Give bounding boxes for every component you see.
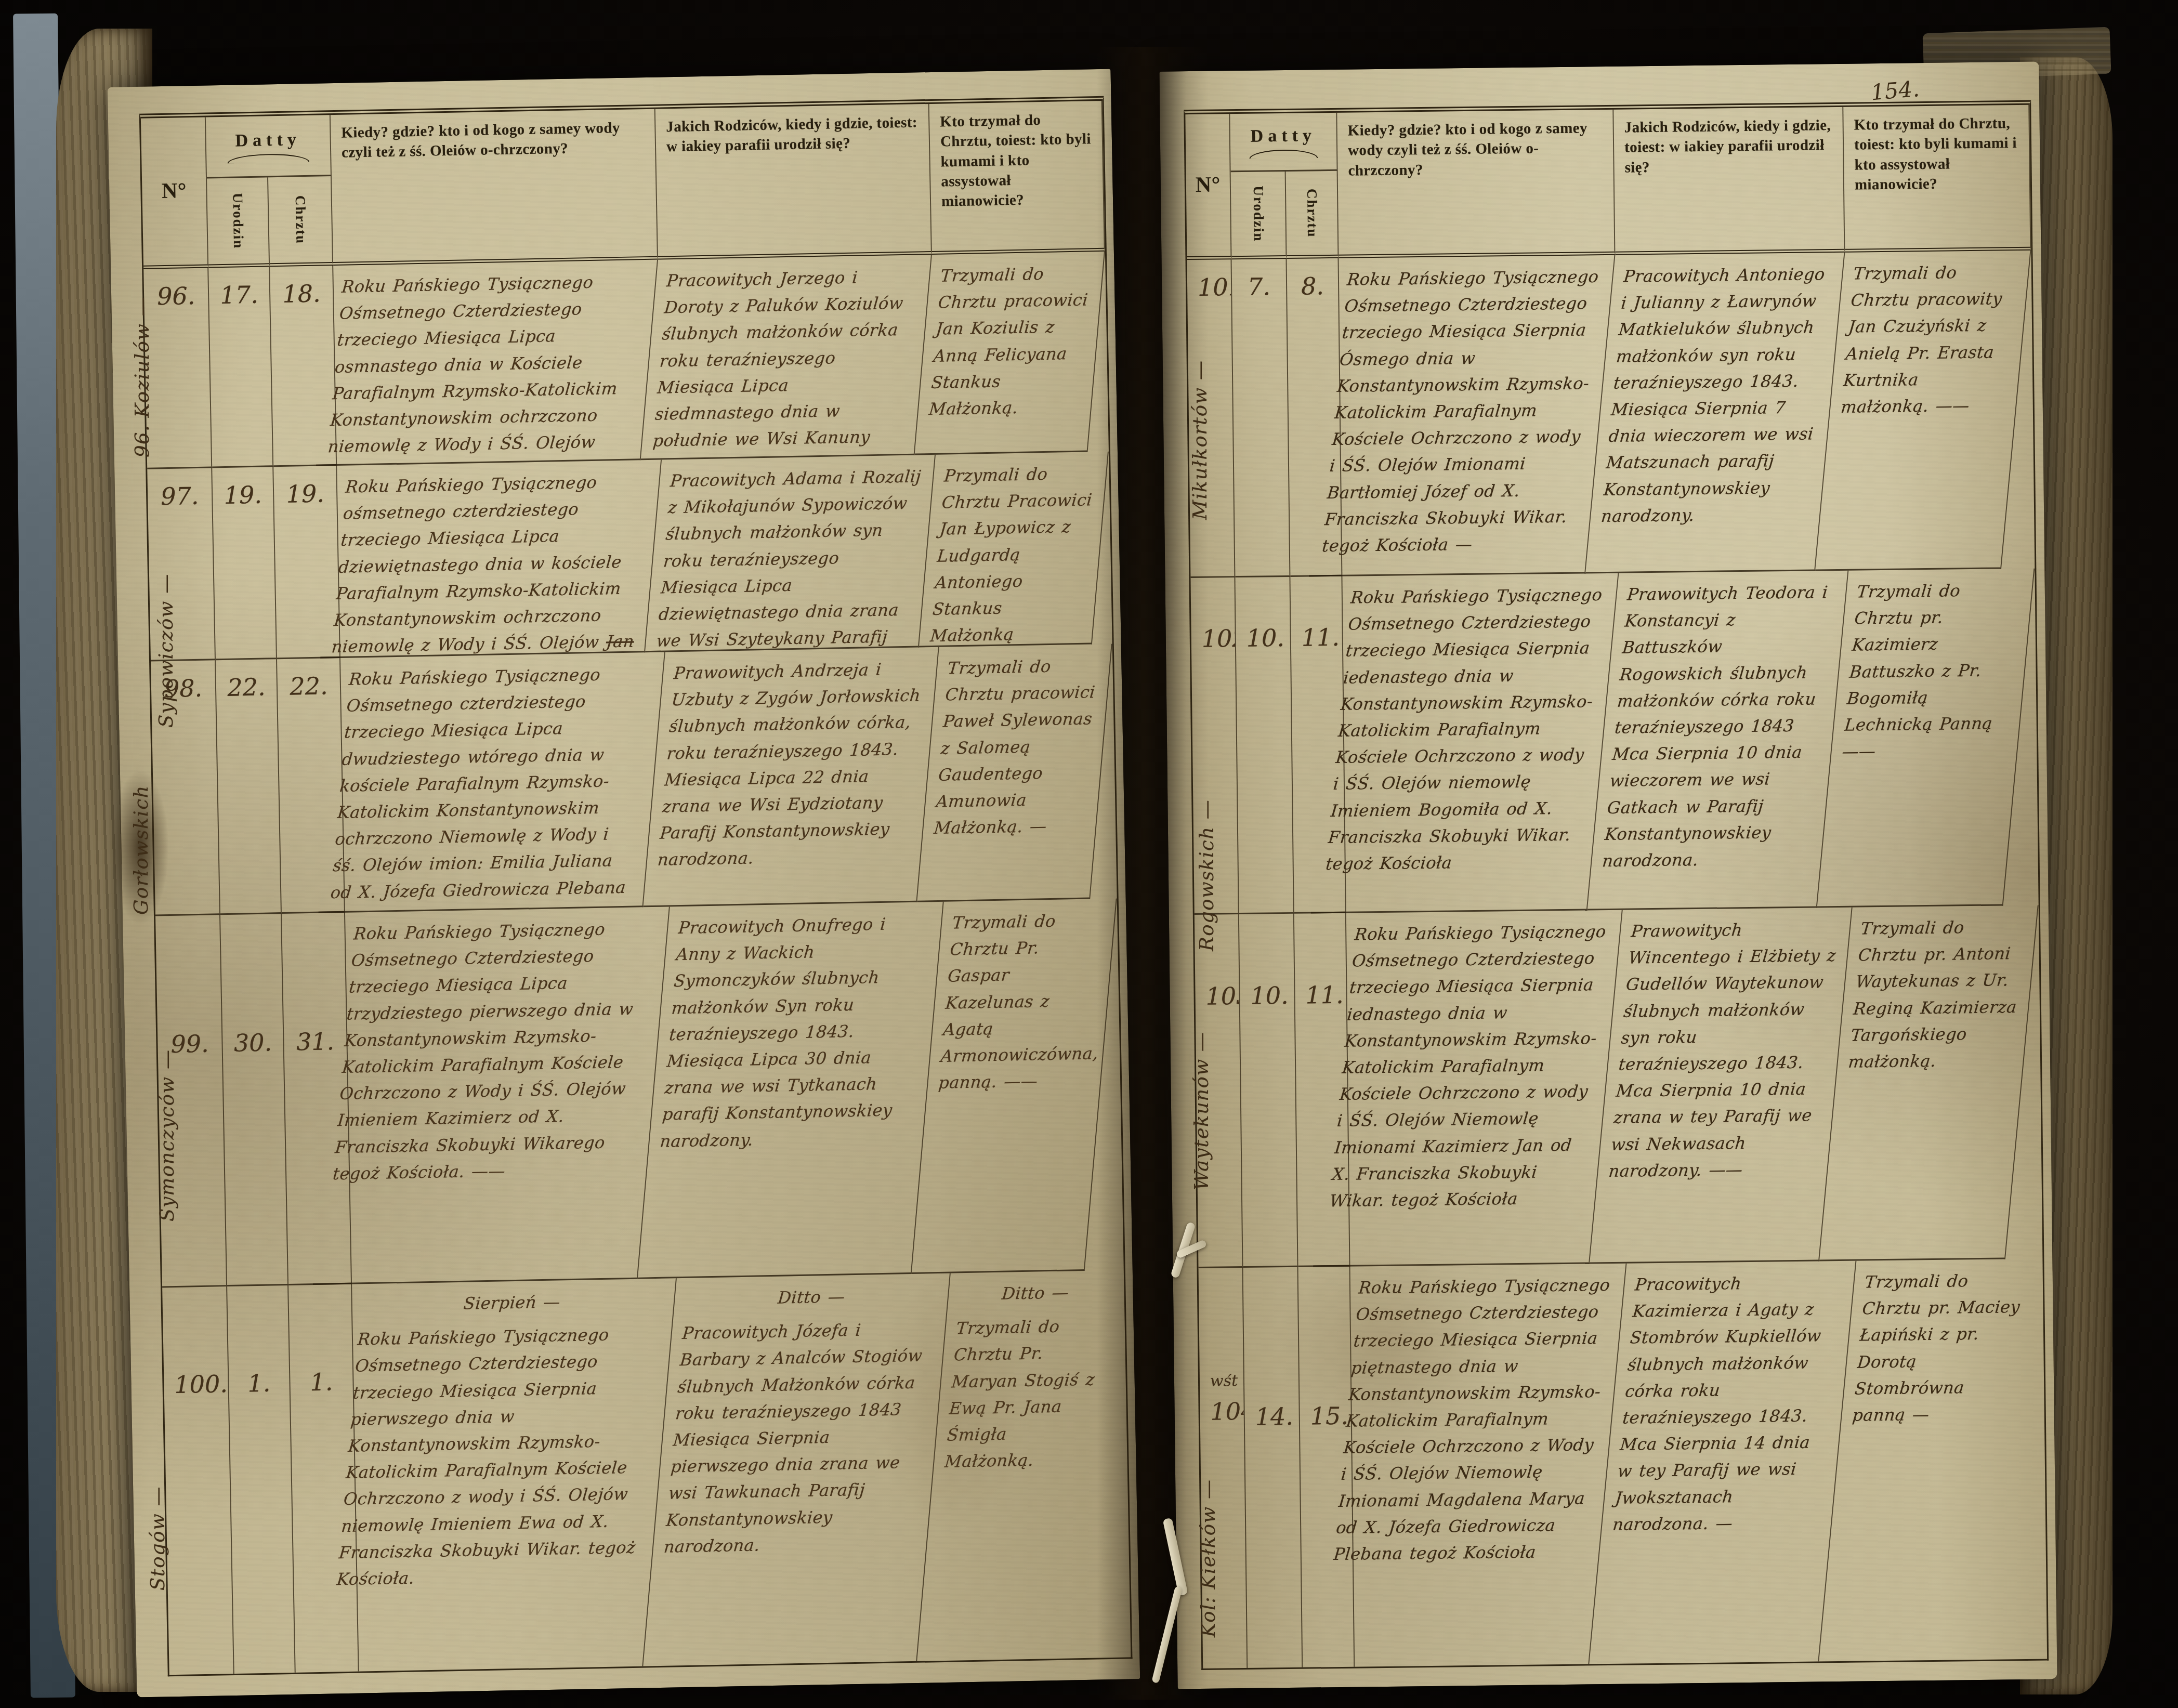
entry-number-annotation: wśt <box>1210 1372 1233 1390</box>
parents-record: Prawowitych Teodora i Konstancyi z Battu… <box>1587 571 1849 911</box>
column-header-dates: Datty <box>206 115 332 178</box>
baptism-record: Roku Pańskiego Tysiącznego Ośmsetnego Cz… <box>316 260 658 466</box>
godparents-record: Trzymali do Chrztu pracowity Jan Czużyńs… <box>1815 251 2031 571</box>
birth-date: 19. <box>212 467 277 660</box>
column-header-baptized: Chrztu <box>1286 171 1339 259</box>
scanned-register-photo: N° Datty Urodzin Chrztu Kiedy? gdzie? kt… <box>0 0 2178 1708</box>
ditto-mark: Ditto — <box>958 1279 1112 1308</box>
godparents-record: Trzymali do Chrztu pracowici Jan Koziuli… <box>915 252 1105 455</box>
column-header-baptized: Chrztu <box>268 176 333 267</box>
birth-date: 10. <box>1239 914 1298 1268</box>
column-header-baptism-question: Kiedy? gdzie? kto i od kogo z samey wody… <box>1337 110 1615 258</box>
parents-record: Pracowitych Kazimierza i Agaty z Stombró… <box>1589 1261 1856 1664</box>
column-header-parents-question: Jakich Rodziców, kiedy i gdzie, toiest: … <box>655 104 932 260</box>
baptism-text: Roku Pańskiego Tysiącznego ośmsetnego cz… <box>331 472 622 657</box>
godparents-record: Ditto — Trzymali do Chrztu Pr. Maryan St… <box>917 1270 1124 1661</box>
born-label: Urodzin <box>1249 186 1268 242</box>
ditto-mark: Ditto — <box>684 1282 938 1313</box>
birth-date: 14. <box>1243 1267 1303 1668</box>
parents-record: Prawowitych Andrzeja i Uzbuty z Zygów Jo… <box>643 647 939 908</box>
margin-note-text: Sypowiczów — <box>155 573 177 728</box>
margin-note-text: Kol: Kiełków — <box>1197 1479 1219 1637</box>
margin-note-text: Rogowskich — <box>1196 799 1218 951</box>
baptism-record: Roku Pańskiego Tysiącznego ośmsetnego cz… <box>320 460 662 659</box>
birth-date: 10. <box>1235 577 1294 914</box>
parents-text: Pracowitych Józefa i Barbary z Analców S… <box>663 1320 924 1557</box>
column-header-number: N° <box>141 117 208 269</box>
birth-date: 7. <box>1232 259 1291 577</box>
left-page: N° Datty Urodzin Chrztu Kiedy? gdzie? kt… <box>108 69 1140 1698</box>
baptism-record: Roku Pańskiego Tysiącznego Ośmsetnego Cz… <box>313 906 670 1285</box>
dates-label: Datty <box>1250 124 1316 148</box>
parents-record: Pracowitych Onufrego i Anny z Wackich Sy… <box>638 902 944 1279</box>
parents-record: Pracowitych Antoniego i Julianny z Ławry… <box>1585 253 1845 574</box>
margin-note-text: Symonczyców — <box>156 1049 178 1222</box>
column-header-dates: Datty <box>1230 113 1337 172</box>
column-header-born: Urodzin <box>207 177 270 268</box>
month-heading: Sierpień — <box>359 1287 664 1319</box>
margin-note-text: 96. Koziulów — <box>131 296 153 457</box>
baptism-record: Roku Pańskiego Tysiącznego Ośmsetnego cz… <box>318 652 665 913</box>
parents-record: Pracowitych Adama i Rozalij z Mikołajunó… <box>645 455 936 652</box>
column-header-godparents-question: Kto trzymał do Chrztu, toiest: kto byli … <box>929 101 1105 255</box>
parents-record: Prawowitych Wincentego i Elżbiety z Gude… <box>1590 908 1853 1264</box>
parents-record: Ditto — Pracowitych Józefa i Barbary z A… <box>643 1273 951 1666</box>
column-header-parents-question: Jakich Rodziców, kiedy i gdzie, toiest: … <box>1613 107 1845 255</box>
entry-number: 96. <box>143 268 212 469</box>
birth-date: 1. <box>227 1285 296 1674</box>
godparents-record: Trzymali do Chrztu pr. Kazimierz Battusz… <box>1817 569 2035 908</box>
godparents-record: Przymali do Chrztu Pracowici Jan Łypowic… <box>919 452 1109 648</box>
brace-icon <box>1249 150 1318 159</box>
godparents-record: Trzymali do Chrztu pracowici Paweł Sylew… <box>917 644 1112 902</box>
godparents-text: Trzymali do Chrztu Pr. Maryan Stogiś z E… <box>944 1317 1096 1471</box>
register-table-left: N° Datty Urodzin Chrztu Kiedy? gdzie? kt… <box>139 96 1133 1677</box>
right-page: 154. N° Datty Urodzin Chrztu Kiedy? gdzi… <box>1159 62 2057 1689</box>
baptism-record: Sierpień — Roku Pańskiego Tysiącznego Oś… <box>318 1278 677 1672</box>
entry-number-value: 104. <box>1210 1397 1248 1426</box>
godparents-record: Trzymali do Chrztu pr. Maciey Łapiński z… <box>1819 1259 2042 1662</box>
godparents-record: Trzymali do Chrztu pr. Antoni Waytekunas… <box>1819 905 2039 1262</box>
brace-icon <box>227 153 310 164</box>
dates-label: Datty <box>235 128 301 153</box>
parents-record: Pracowitych Jerzego i Doroty z Paluków K… <box>641 255 932 460</box>
baptism-record: Roku Pańskiego Tysiącznego Ośmsetnego Cz… <box>1311 573 1619 914</box>
baptism-text: Roku Pańskiego Tysiącznego Ośmsetnego Cz… <box>336 1325 636 1589</box>
born-label: Urodzin <box>228 193 248 249</box>
margin-note-text: Gorłowskich <box>130 785 152 915</box>
column-header-godparents-question: Kto trzymał do Chrztu, toiest: kto byli … <box>1843 105 2031 253</box>
column-header-born: Urodzin <box>1231 172 1287 259</box>
birth-date: 30. <box>220 914 288 1286</box>
baptism-record: Roku Pańskiego Tysiącznego Ośmsetnego Cz… <box>1313 910 1623 1267</box>
column-header-baptism-question: Kiedy? gdzie? kto i od kogo z samey wody… <box>331 109 658 266</box>
entry-number: 100. <box>162 1286 234 1675</box>
baptism-record: Roku Pańskiego Tysiącznego Ośmsetnego Cz… <box>1313 1264 1626 1667</box>
margin-note-text: Stogów — <box>147 1486 169 1591</box>
column-header-number: N° <box>1185 114 1231 260</box>
register-table-right: N° Datty Urodzin Chrztu Kiedy? gdzie? kt… <box>1184 100 2049 1670</box>
baptized-label: Chrztu <box>291 195 310 244</box>
baptized-label: Chrztu <box>1302 188 1321 238</box>
birth-date: 17. <box>208 267 273 468</box>
margin-note-text: Mikułkortów — <box>1189 360 1211 520</box>
birth-date: 22. <box>216 659 282 915</box>
page-number: 154. <box>1870 76 1921 105</box>
godparents-record: Trzymali do Chrztu Pr. Gaspar Kazelunas … <box>912 899 1117 1274</box>
margin-note-text: Waytekunów — <box>1190 1032 1213 1190</box>
baptism-record: Roku Pańskiego Tysiącznego Ośmsetnego Cz… <box>1309 255 1615 577</box>
